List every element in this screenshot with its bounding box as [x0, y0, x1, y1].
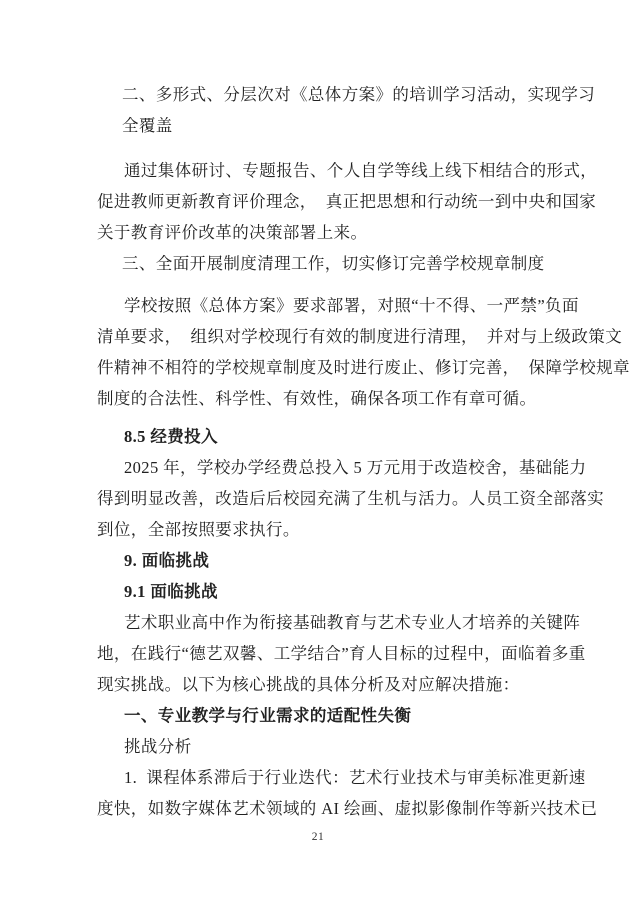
text-line: 地，在践行“德艺双馨、工学结合”育人目标的过程中，面临着多重	[97, 638, 543, 669]
section-heading: 一、专业教学与行业需求的适配性失衡	[97, 700, 543, 731]
text-line: 清单要求， 组织对学校现行有效的制度进行清理， 并对与上级政策文	[97, 321, 543, 352]
text-line: 8.5 经费投入	[97, 421, 543, 452]
body-paragraph: 2025 年，学校办学经费总投入 5 万元用于改造校舍，基础能力得到明显改善，改…	[97, 452, 543, 545]
text-line: 挑战分析	[97, 731, 543, 762]
section-heading: 三、全面开展制度清理工作，切实修订完善学校规章制度	[97, 248, 543, 279]
text-line: 得到明显改善，改造后后校园充满了生机与活力。人员工资全部落实	[97, 483, 543, 514]
text-line: 件精神不相符的学校规章制度及时进行废止、修订完善， 保障学校规章	[97, 352, 543, 383]
document-page: 二、多形式、分层次对《总体方案》的培训学习活动，实现学习全覆盖通过集体研讨、专题…	[0, 0, 636, 900]
body-paragraph: 1. 课程体系滞后于行业迭代：艺术行业技术与审美标准更新速度快，如数字媒体艺术领…	[97, 762, 543, 824]
body-paragraph: 学校按照《总体方案》要求部署，对照“十不得、一严禁”负面清单要求， 组织对学校现…	[97, 290, 543, 414]
text-line: 一、专业教学与行业需求的适配性失衡	[97, 700, 543, 731]
body-paragraph: 挑战分析	[97, 731, 543, 762]
text-line: 全覆盖	[97, 110, 543, 141]
text-line: 9. 面临挑战	[97, 545, 543, 576]
text-line: 艺术职业高中作为衔接基础教育与艺术专业人才培养的关键阵	[97, 607, 543, 638]
body-paragraph: 艺术职业高中作为衔接基础教育与艺术专业人才培养的关键阵地，在践行“德艺双馨、工学…	[97, 607, 543, 700]
text-line: 通过集体研讨、专题报告、个人自学等线上线下相结合的形式，	[97, 155, 543, 186]
page-number: 21	[0, 831, 636, 843]
text-line: 学校按照《总体方案》要求部署，对照“十不得、一严禁”负面	[97, 290, 543, 321]
section-heading: 二、多形式、分层次对《总体方案》的培训学习活动，实现学习全覆盖	[97, 79, 543, 141]
text-line: 到位，全部按照要求执行。	[97, 514, 543, 545]
text-line: 促进教师更新教育评价理念， 真正把思想和行动统一到中央和国家	[97, 186, 543, 217]
section-heading: 8.5 经费投入	[97, 421, 543, 452]
page-text: 二、多形式、分层次对《总体方案》的培训学习活动，实现学习全覆盖通过集体研讨、专题…	[97, 79, 543, 824]
section-heading: 9. 面临挑战	[97, 545, 543, 576]
body-paragraph: 通过集体研讨、专题报告、个人自学等线上线下相结合的形式，促进教师更新教育评价理念…	[97, 155, 543, 248]
text-line: 关于教育评价改革的决策部署上来。	[97, 217, 543, 248]
text-line: 2025 年，学校办学经费总投入 5 万元用于改造校舍，基础能力	[97, 452, 543, 483]
text-line: 1. 课程体系滞后于行业迭代：艺术行业技术与审美标准更新速	[97, 762, 543, 793]
text-line: 现实挑战。以下为核心挑战的具体分析及对应解决措施：	[97, 669, 543, 700]
section-heading: 9.1 面临挑战	[97, 576, 543, 607]
text-line: 三、全面开展制度清理工作，切实修订完善学校规章制度	[97, 248, 543, 279]
text-line: 制度的合法性、科学性、有效性，确保各项工作有章可循。	[97, 383, 543, 414]
text-line: 度快，如数字媒体艺术领域的 AI 绘画、虚拟影像制作等新兴技术已	[97, 793, 543, 824]
text-line: 9.1 面临挑战	[97, 576, 543, 607]
text-line: 二、多形式、分层次对《总体方案》的培训学习活动，实现学习	[97, 79, 543, 110]
